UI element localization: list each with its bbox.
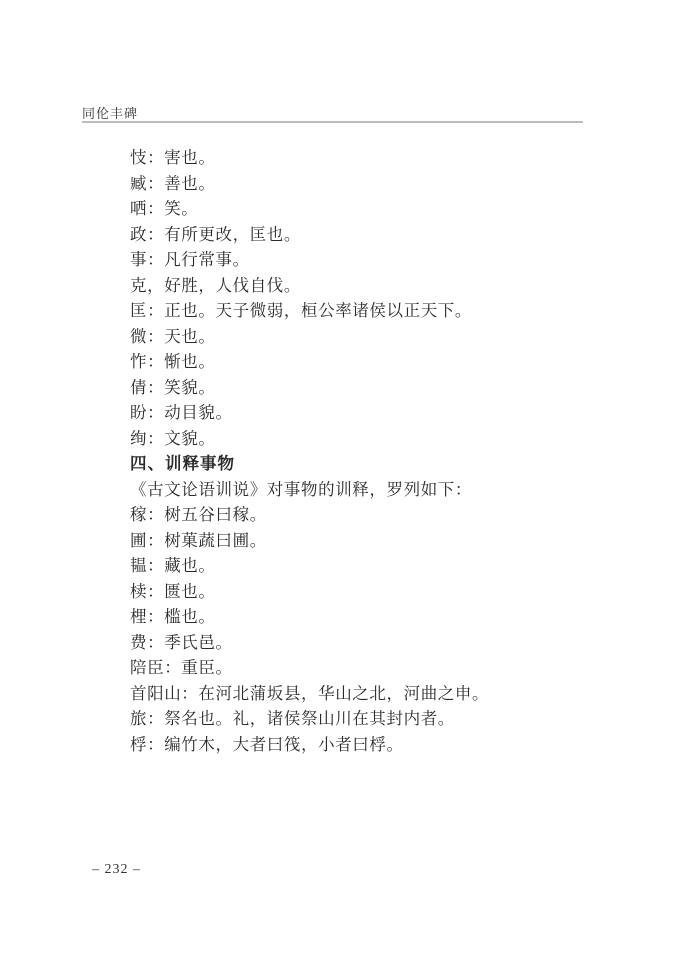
gloss-entry: 臧：善也。 (130, 171, 590, 197)
gloss-entry: 稼：树五谷曰稼。 (130, 502, 590, 528)
page-body: 忮：害也。 臧：善也。 哂：笑。 政：有所更改，匡也。 事：凡行常事。 克，好胜… (130, 145, 590, 757)
gloss-entry: 梩：槛也。 (130, 604, 590, 630)
gloss-entry: 盼：动目貌。 (130, 400, 590, 426)
gloss-entry: 微：天也。 (130, 324, 590, 350)
gloss-entry: 旅：祭名也。礼，诸侯祭山川在其封内者。 (130, 706, 590, 732)
gloss-entry: 桴：编竹木，大者曰筏，小者曰桴。 (130, 732, 590, 758)
section-heading: 四、训释事物 (130, 451, 590, 477)
gloss-entry: 政：有所更改，匡也。 (130, 222, 590, 248)
gloss-entry: 倩：笑貌。 (130, 375, 590, 401)
gloss-entry: 韫：藏也。 (130, 553, 590, 579)
gloss-entry: 忮：害也。 (130, 145, 590, 171)
gloss-entry: 费：季氏邑。 (130, 630, 590, 656)
gloss-entry: 绚：文貌。 (130, 426, 590, 452)
gloss-entry: 怍：惭也。 (130, 349, 590, 375)
page-number: – 232 – (92, 862, 141, 878)
intro-paragraph: 《古文论语训说》对事物的训释，罗列如下： (130, 477, 590, 503)
gloss-entry: 事：凡行常事。 (130, 247, 590, 273)
gloss-entry: 陪臣：重臣。 (130, 655, 590, 681)
gloss-entry: 克，好胜，人伐自伐。 (130, 273, 590, 299)
gloss-entry: 匡：正也。天子微弱，桓公率诸侯以正天下。 (130, 298, 590, 324)
gloss-entry: 椟：匮也。 (130, 579, 590, 605)
header-divider (82, 121, 583, 123)
gloss-entry: 首阳山：在河北蒲坂县，华山之北，河曲之申。 (130, 681, 590, 707)
gloss-entry: 哂：笑。 (130, 196, 590, 222)
running-head-title: 同伦丰碑 (82, 103, 138, 122)
gloss-entry: 圃：树菓蔬曰圃。 (130, 528, 590, 554)
